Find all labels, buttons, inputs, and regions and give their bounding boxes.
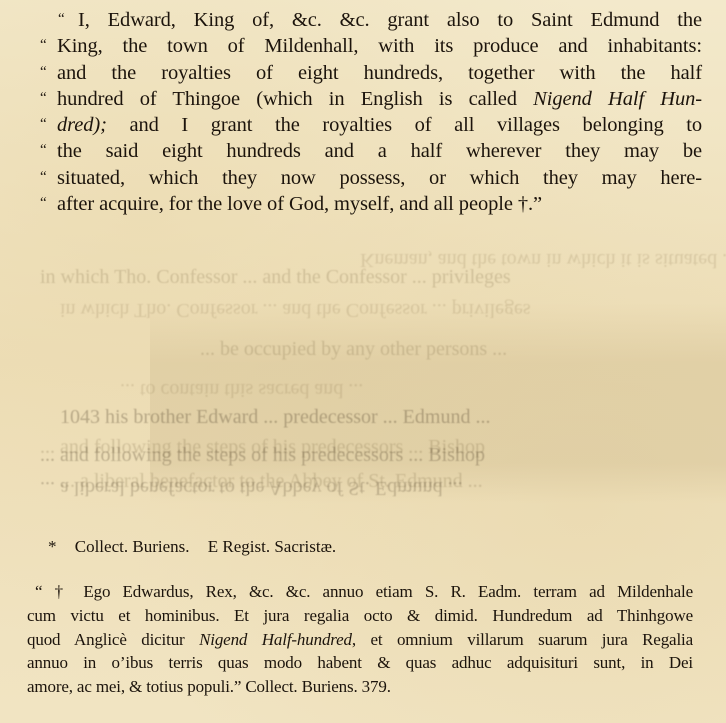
quote-line: “situated, which they now possess, or wh… [40, 164, 702, 190]
italic-term: Nigend Half-hundred [199, 630, 352, 649]
quote-line: “King, the town of Mildenhall, with its … [40, 32, 702, 58]
citation: E Regist. Sacristæ. [208, 537, 336, 556]
footnote-marker-dagger: “ † [35, 582, 71, 601]
footnote-line: amore, ac mei, & totius populi.” Collect… [27, 675, 693, 699]
footnote-line: cum victu et hominibus. Et jura regalia … [27, 604, 693, 628]
quote-line: “I, Edward, King of, &c. &c. grant also … [40, 6, 702, 32]
book-page: “I, Edward, King of, &c. &c. grant also … [0, 0, 726, 723]
open-quote-mark: “ [40, 164, 57, 190]
main-quote-block: “I, Edward, King of, &c. &c. grant also … [40, 6, 702, 216]
open-quote-mark: “ [40, 190, 57, 216]
quote-line: “and the royalties of eight hundreds, to… [40, 59, 702, 85]
footnote-line: annuo in o’ibus terris quas modo habent … [27, 651, 693, 675]
open-quote-mark: “ [40, 137, 57, 163]
footnote-marker-star: * [48, 537, 57, 556]
open-quote-mark: “ [40, 111, 57, 137]
quote-line: “after acquire, for the love of God, mys… [40, 190, 702, 216]
footnote-star: * Collect. Buriens. E Regist. Sacristæ. [48, 536, 336, 558]
citation: Collect. Buriens. [75, 537, 190, 556]
italic-term: Nigend Half Hun- [533, 88, 702, 110]
footnote-line: quod Anglicè dicitur Nigend Half-hundred… [27, 628, 693, 652]
footnote-line: “ † Ego Edwardus, Rex, &c. &c. annuo eti… [27, 580, 693, 604]
open-quote-mark: “ [58, 6, 78, 32]
italic-term: dred); [57, 114, 107, 136]
open-quote-mark: “ [40, 85, 57, 111]
quote-line: “the said eight hundreds and a half wher… [40, 137, 702, 163]
open-quote-mark: “ [40, 32, 57, 58]
footnote-dagger: “ † Ego Edwardus, Rex, &c. &c. annuo eti… [27, 580, 693, 699]
quote-line: “dred); and I grant the royalties of all… [40, 111, 702, 137]
show-through-ghost-text: Kneman, and the town in which it is situ… [0, 248, 726, 510]
quote-line: “hundred of Thingoe (which in English is… [40, 85, 702, 111]
open-quote-mark: “ [40, 59, 57, 85]
